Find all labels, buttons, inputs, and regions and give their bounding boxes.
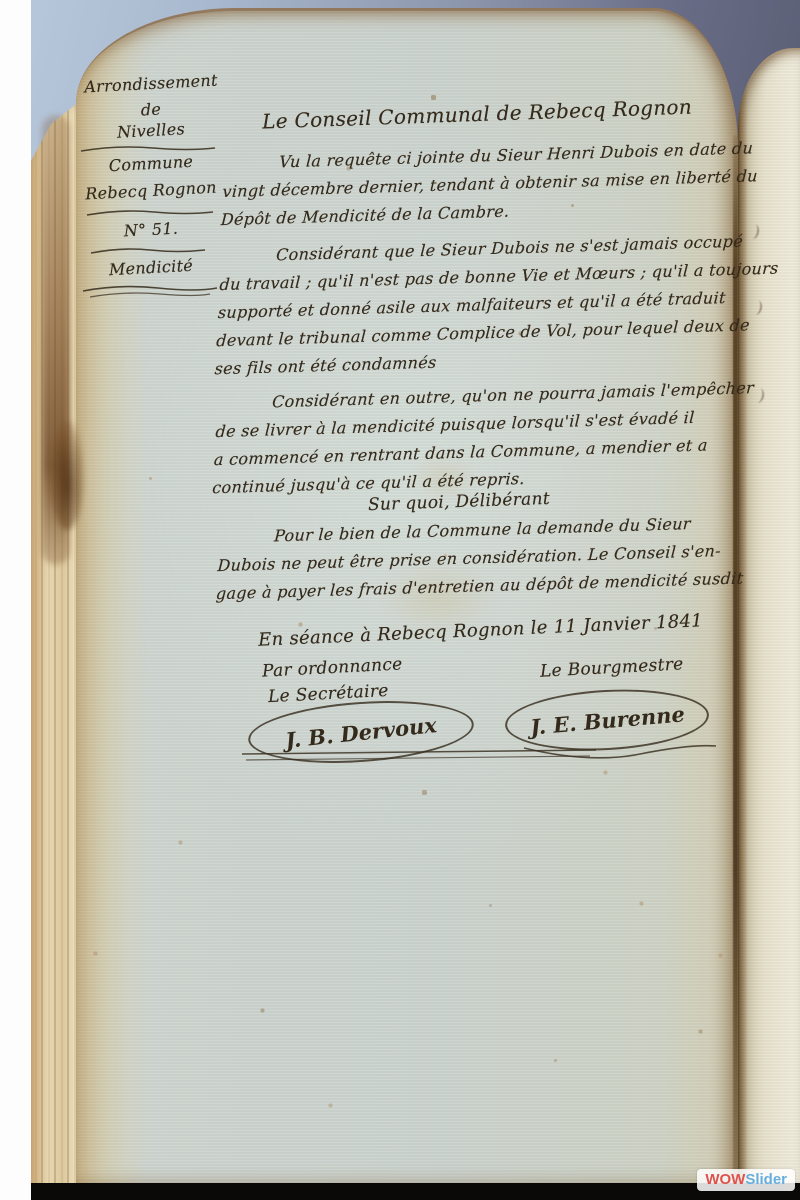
flourish-underline	[80, 283, 220, 301]
photo-border	[0, 0, 31, 1200]
facing-page-sliver	[738, 48, 800, 1191]
paragraph-decision: Pour le bien de la Commune la demande du…	[215, 508, 747, 608]
ink-stain-blob	[50, 420, 84, 530]
paragraph-requete: Vu la requête ci jointe du Sieur Henri D…	[220, 134, 760, 234]
burgomaster-signature-name: J. E. Burenne	[529, 701, 685, 739]
signature-flourish	[520, 742, 720, 764]
table-surface	[28, 1183, 800, 1200]
watermark-brand-part1: WOW	[705, 1171, 745, 1188]
wowslider-watermark[interactable]: WOWSlider	[697, 1169, 795, 1191]
paragraph-considerant-1: Considérant que le Sieur Dubois ne s'est…	[214, 226, 781, 383]
manuscript-photo: Arrondissement de Nivelles Commune Rebec…	[0, 0, 800, 1200]
paragraph-considerant-2: Considérant en outre, qu'on ne pourra ja…	[212, 374, 755, 502]
watermark-brand-part2: Slider	[745, 1171, 787, 1188]
secretary-signature-name: J. B. Dervoux	[284, 712, 438, 753]
